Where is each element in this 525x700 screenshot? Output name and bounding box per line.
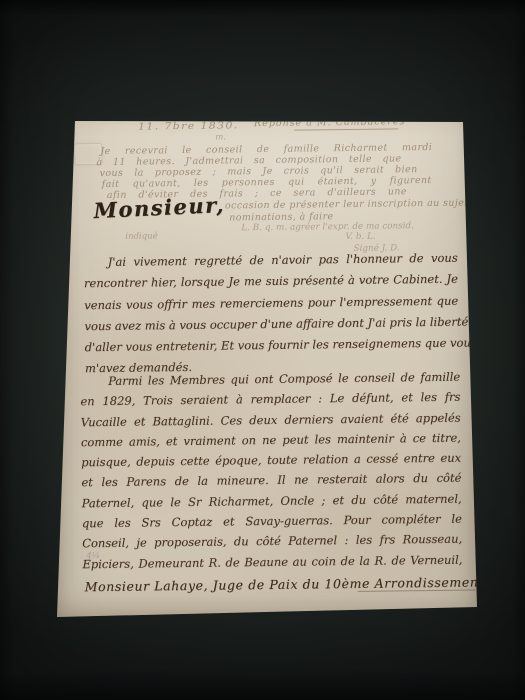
annotation-small: m. (215, 132, 226, 142)
salutation-monsieur: Monsieur, (93, 192, 225, 223)
pencil-mark: 4¼ (86, 551, 100, 561)
draft-closing-word: indiqué (125, 231, 157, 241)
letter-paragraph-2: Parmi les Membres qui ont Composé le con… (80, 367, 462, 575)
handwriting-line: Epiciers, Demeurant R. de Beaune au coin… (82, 549, 462, 574)
letter-date: 11. 7bre 1830. (138, 120, 239, 132)
letter-paragraph-1: J'ai vivement regretté de n'avoir pas l'… (84, 248, 460, 380)
annotation-underline (294, 128, 398, 130)
draft-note-line: occasion de présenter leur inscription a… (225, 198, 437, 212)
letter-content: 11. 7bre 1830. Réponse à M. Cambacérès m… (52, 110, 483, 623)
auction-photo-background: 11. 7bre 1830. Réponse à M. Cambacérès m… (0, 0, 525, 700)
response-annotation: Réponse à M. Cambacérès (254, 116, 405, 129)
draft-closing-line: V. b. L. (345, 232, 375, 242)
letter-paper: 11. 7bre 1830. Réponse à M. Cambacérès m… (55, 113, 480, 621)
footer-address-line: Monsieur Lahaye, Juge de Paix du 10ème A… (85, 574, 502, 594)
draft-closing-line: L. B. q. m. agréer l'expr. de ma consid. (241, 221, 439, 233)
